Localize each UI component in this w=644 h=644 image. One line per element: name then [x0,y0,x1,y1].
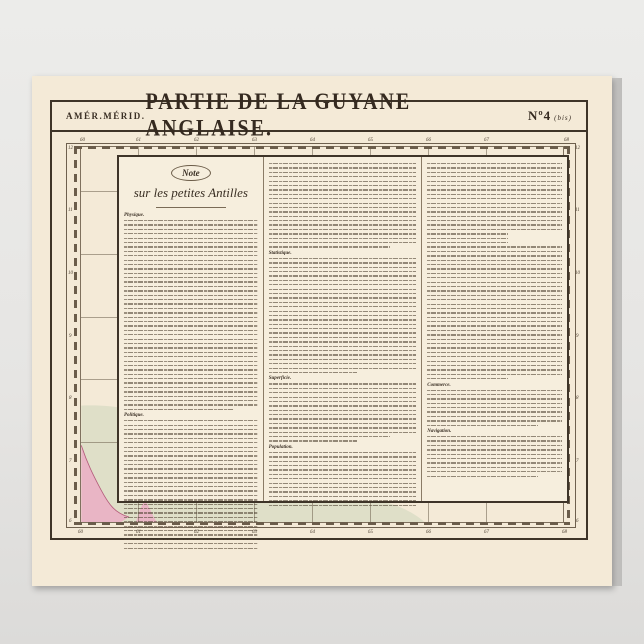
lat-tick-left: 7 [69,459,72,464]
lon-tick-bottom: 66 [426,530,431,535]
poster-shadow-edge [612,78,622,586]
lon-tick-top: 62 [194,138,199,143]
lat-tick-right: 12 [575,146,580,151]
section-heading: Population. [269,445,417,451]
body-text-block [269,258,417,373]
degree-scale-top [74,146,570,149]
section-heading: Navigation. [427,429,562,435]
body-text-block [124,420,258,549]
body-text-block [427,436,562,477]
body-text-block [269,452,417,506]
lon-tick-top: 60 [80,138,85,143]
plate-number-value: Nº4 [528,108,551,123]
lat-tick-right: 6 [576,519,579,524]
note-column-1: Note sur les petites Antilles Physique. … [119,157,263,501]
section-heading: Politique. [124,413,258,419]
title-band: AMÉR.MÉRID. PARTIE DE LA GUYANE ANGLAISE… [52,102,586,132]
note-column-3: Commerce. Navigation. [421,157,567,501]
lon-tick-top: 66 [426,138,431,143]
body-text-block [124,220,258,410]
section-heading: Statistique. [269,251,417,257]
region-label: AMÉR.MÉRID. [66,111,146,121]
lat-tick-right: 7 [576,459,579,464]
lon-tick-top: 64 [310,138,315,143]
section-heading: Physique. [124,213,258,219]
map-title: PARTIE DE LA GUYANE ANGLAISE. [146,90,528,143]
lat-tick-left: 8 [69,396,72,401]
note-panel: Note sur les petites Antilles Physique. … [117,155,569,503]
lon-tick-top: 67 [484,138,489,143]
body-text-block [427,163,562,243]
body-text-block [269,163,417,248]
note-column-2: Statistique. Superficie. Population. [263,157,422,501]
lon-tick-top: 61 [136,138,141,143]
plate-number: Nº4(bis) [528,108,572,124]
lon-tick-bottom: 67 [484,530,489,535]
lat-tick-right: 9 [576,334,579,339]
lat-tick-left: 11 [68,208,73,213]
lat-tick-right: 11 [575,208,580,213]
plate-suffix: (bis) [554,114,572,122]
lat-tick-left: 12 [68,146,73,151]
title-rule [156,207,226,208]
lon-tick-bottom: 64 [310,530,315,535]
degree-scale-left [74,146,77,524]
lat-tick-left: 9 [69,334,72,339]
lat-tick-right: 10 [575,271,580,276]
lat-tick-right: 8 [576,396,579,401]
body-text-block [427,246,562,379]
lat-tick-left: 10 [68,271,73,276]
section-heading: Superficie. [269,376,417,382]
lon-tick-bottom: 65 [368,530,373,535]
note-subtitle: sur les petites Antilles [124,185,258,201]
title-cartouche: Note [171,165,211,181]
body-text-block [269,383,417,441]
lon-tick-bottom: 68 [562,530,567,535]
section-heading: Commerce. [427,383,562,389]
lon-tick-top: 63 [252,138,257,143]
lon-tick-bottom: 60 [78,530,83,535]
lat-tick-left: 6 [69,519,72,524]
body-text-block [427,390,562,426]
lon-tick-top: 65 [368,138,373,143]
note-title: Note [124,165,258,181]
lon-tick-top: 68 [564,138,569,143]
